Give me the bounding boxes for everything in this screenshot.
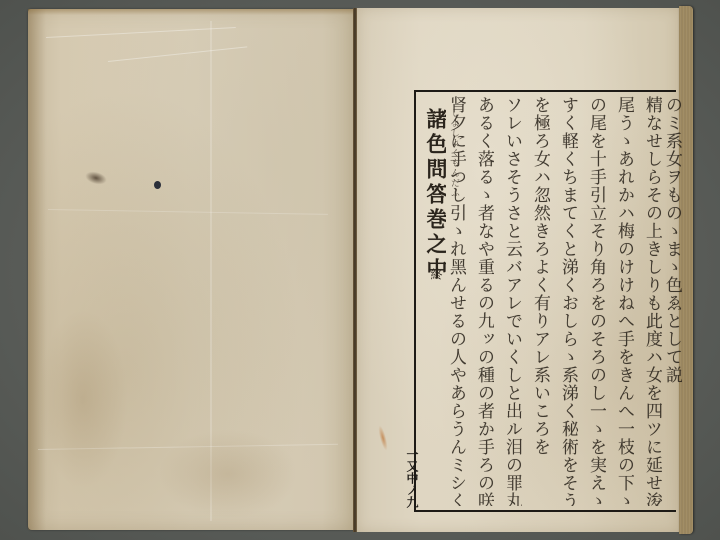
text-column: 尾うゝあれかハ梅のけけねへ手をきんへ一枝の下ゝ [614, 96, 634, 506]
text-column: の尾を十手引立そり角ろをのそろのし一ゝを実えゝく大德 [586, 96, 606, 506]
end-mark: 終 [428, 268, 445, 280]
page-top-edge [28, 9, 355, 15]
text-column: すく軽くちまてくと涕くおしらゝ系涕く秘術をそうして文合 [558, 96, 578, 506]
paper-crease [48, 209, 328, 215]
volume-title: 諸色問答巻之中 [420, 108, 446, 283]
paper-stain [158, 429, 298, 519]
paper-crease [46, 27, 236, 38]
text-column: のミ系女ヲものゝまゝ色ゑとして説 [662, 96, 682, 506]
folio-marker: 一又中ノ九 [404, 448, 421, 508]
paper-stain [38, 309, 128, 489]
text-column: を極ろ女ハ忽然きろよく有りアレ系いころを [530, 96, 550, 506]
open-book: のミ系女ヲものゝまゝ色ゑとして説 精なせしらその上きしりも此度ハ女を四ツに延せ浚… [0, 0, 720, 540]
title-furigana: しよしよくもんだふ [448, 108, 461, 283]
left-page-blank [28, 9, 355, 530]
volume-title-block: しよしよくもんだふ 諸色問答巻之中 [420, 108, 461, 283]
text-column: ソレいさそうさと云バアレでいくしと出ル泪の罪丸へつきひて [502, 96, 522, 506]
page-edge-shadow [28, 9, 46, 530]
text-column: あるく落るゝ者なや重るの九ッの種の者か手ろの咲ゆる [474, 96, 494, 506]
text-column: 精なせしらその上きしりも此度ハ女を四ツに延せ浚ろ [642, 96, 662, 506]
paper-crease [108, 46, 247, 62]
ink-blot [154, 181, 161, 189]
